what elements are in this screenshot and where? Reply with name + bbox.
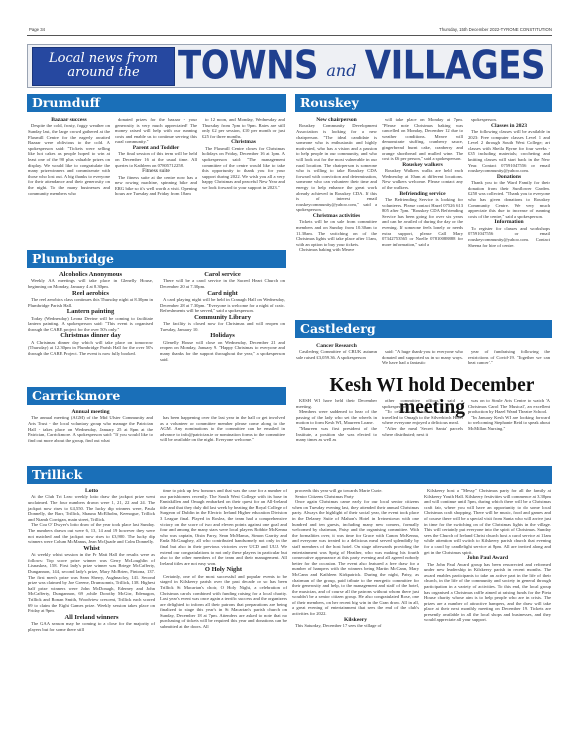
page-number: Page 34 (29, 27, 45, 32)
paragraph: KESH WI have held their December meeting… (296, 398, 377, 409)
headline: O Holy Night (160, 566, 287, 573)
trillick-col-3: proceeds this year will go towards Marie… (292, 488, 419, 629)
paragraph: has been happening over the last year in… (160, 415, 285, 443)
drumduff-col-3: to 12 noon, and Monday, Wednesday and Th… (202, 117, 285, 191)
masthead: Local news from around the TOWNS and VIL… (27, 44, 552, 88)
title-towns: TOWNS (178, 43, 318, 89)
paragraph: Rouskey Walkers walks are held each Wedn… (382, 168, 463, 190)
section-header-trillick: Trillick (27, 466, 552, 484)
section-header-plumbridge: Plumbridge (27, 250, 286, 268)
paragraph: donated prizes for the bazaar - your gen… (115, 117, 197, 145)
paragraph: to 12 noon, and Monday, Wednesday and Th… (202, 117, 285, 139)
castlederg-col-3: year of fundraising following the restri… (468, 349, 550, 366)
paragraph: The following classes will be available … (468, 129, 550, 174)
paragraph: "After the meal 'Secret Santa' parcels w… (382, 426, 463, 437)
tagline-line-2: around the (33, 66, 174, 80)
paragraph: "Maureen was first president of the Inst… (296, 426, 377, 443)
paragraph: Glenelly House will close on Wednesday, … (160, 340, 285, 362)
paragraph: Certainly, one of the most successful an… (160, 574, 287, 630)
section-header-carrickmore: Carrickmore (27, 387, 286, 405)
section-header-castlederg: Castlederg (295, 320, 552, 338)
headline: Card night (160, 290, 285, 297)
rouskey-col-1: New chairperson Rouskey Community Develo… (296, 117, 377, 253)
castlederg-col-2: said: "A huge thank-you to everyone who … (382, 349, 463, 366)
kesh-col-1: KESH WI have held their December meeting… (296, 398, 377, 443)
paragraph: Today (Wednesday) Leona Devine will be c… (28, 316, 153, 333)
headline: Lantern painting (28, 308, 153, 315)
paragraph: Kilskeery host a "Messy" Christmas party… (424, 488, 551, 555)
paragraph: will take place on Monday at 7pm. "Pleas… (382, 117, 463, 162)
paragraph: year of fundraising following the restri… (468, 349, 550, 366)
paragraph: other committee offices," said a spokesp… (382, 398, 463, 409)
paragraph: said: "A huge thank-you to everyone who … (382, 349, 463, 366)
paragraph: At weekly whist session in the Fr Matt H… (28, 552, 155, 614)
trillick-col-2: time to pick up few honours and that was… (160, 488, 287, 630)
paragraph: The Coa O' Dwyer's lotto draw of the yea… (28, 522, 155, 544)
paragraph: Tickets will be on sale from committee m… (296, 219, 377, 247)
title-villages: VILLAGES (365, 43, 545, 89)
trillick-col-4: Kilskeery host a "Messy" Christmas party… (424, 488, 551, 623)
paragraph: A card playing night will be held in Cra… (160, 297, 285, 314)
tagline-line-1: Local news from (33, 52, 174, 66)
paragraph: Despite the cold, frosty, foggy weather … (28, 123, 110, 196)
paragraph: Rouskey Community Development Associatio… (296, 123, 377, 213)
page-header: Page 34 Thursday, 15th December 2022-TYR… (27, 26, 552, 36)
paragraph: The John Paul Award group has been resur… (424, 562, 551, 624)
headline: Whist (28, 545, 155, 552)
trillick-col-1: Lotto At the Club Tri Leac weekly lotto … (28, 488, 155, 632)
paragraph: Members were saddened to hear of the pas… (296, 409, 377, 426)
drumduff-col-1: Bazaar success Despite the cold, frosty,… (28, 117, 110, 196)
rouskey-col-2: will take place on Monday at 7pm. "Pleas… (382, 117, 463, 247)
masthead-title: TOWNS and VILLAGES (178, 45, 545, 87)
paragraph: The final session of this term will be h… (115, 151, 197, 168)
paragraph: Christmas baking with Meave (296, 247, 377, 253)
kesh-col-3: was on to Strule Arts Centre to watch 'A… (468, 398, 550, 432)
paragraph: "In January Kesh WI are looking forward … (468, 415, 550, 432)
castlederg-col-1: Cancer Research Castlederg Committee of … (296, 343, 377, 361)
paragraph: This Saturday, December 17 sees the vill… (292, 623, 419, 629)
drumduff-col-2: donated prizes for the bazaar - your gen… (115, 117, 197, 197)
headline: Christmas dinner day (28, 332, 153, 339)
paragraph: time to pick up few honours and that was… (160, 488, 287, 566)
section-header-drumduff: Drumduff (27, 94, 286, 112)
title-and: and (326, 61, 356, 80)
paragraph: Castlederg Committee of CRUK autumn sale… (296, 349, 377, 360)
paragraph: The Flaxmill Centre closes for Christmas… (202, 146, 285, 191)
paragraph: To register for classes and workshops 07… (468, 226, 550, 248)
section-header-rouskey: Rouskey (295, 94, 552, 112)
paragraph: Once again Christmas came early for our … (292, 499, 419, 616)
paragraph: The annual meeting (AGM) of the Mid Ulst… (28, 415, 153, 443)
paragraph: The fitness suite at the centre now has … (115, 175, 197, 197)
headline: Reel aerobics (28, 290, 153, 297)
paragraph: There will be a carol service in the Sac… (160, 278, 285, 289)
headline: All Ireland winners (28, 614, 155, 621)
paragraph: The facility is closed now for Christmas… (160, 321, 285, 332)
paragraph: Weekly AA meetings will take place in Gl… (28, 278, 153, 289)
plumbridge-col-2: Carol service There will be a carol serv… (160, 271, 285, 362)
paragraph: The GAA season may be coming to a close … (28, 621, 155, 632)
plumbridge-col-1: Alcoholics Anonymous Weekly AA meetings … (28, 271, 153, 357)
paragraph: At the Club Tri Leac weekly lotto draw t… (28, 494, 155, 522)
headline: Carol service (160, 271, 285, 278)
paragraph: A Christmas dinner day which will take p… (28, 340, 153, 357)
headline: Holidays (160, 332, 285, 339)
paragraph: Thank you to the Ward Family for their d… (468, 180, 550, 219)
carrickmore-col-1: Annual meeting The annual meeting (AGM) … (28, 409, 153, 443)
headline: Community Library (160, 314, 285, 321)
headline: Alcoholics Anonymous (28, 271, 153, 278)
rouskey-col-3: spokesperson. Classes in 2023 The follow… (468, 117, 550, 248)
paragraph: The Befriending Service is looking for v… (382, 197, 463, 247)
kesh-col-2: other committee offices," said a spokesp… (382, 398, 463, 437)
date-line: Thursday, 15th December 2022-TYRONE CONS… (439, 27, 552, 32)
masthead-tagline: Local news from around the (32, 47, 175, 86)
paragraph: was on to Strule Arts Centre to watch 'A… (468, 398, 550, 415)
carrickmore-col-2: has been happening over the last year in… (160, 415, 285, 443)
paragraph: "To celebrate Christmas, several ladies … (382, 409, 463, 426)
paragraph: The reel aerobics class continues this T… (28, 297, 153, 308)
